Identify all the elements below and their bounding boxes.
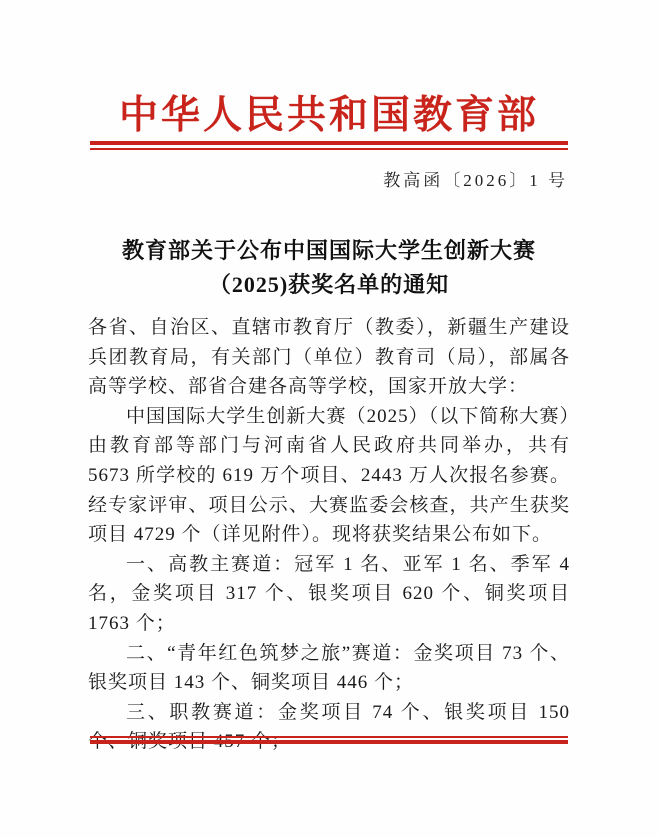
letterhead-double-rule — [90, 141, 568, 150]
rule-thin-bar — [90, 148, 568, 150]
document-title-line1: 教育部关于公布中国国际大学生创新大赛 — [0, 234, 658, 268]
footer-double-rule — [90, 736, 568, 744]
document-title: 教育部关于公布中国国际大学生创新大赛 （2025)获奖名单的通知 — [0, 234, 658, 302]
track1-results-paragraph: 一、高教主赛道：冠军 1 名、亚军 1 名、季军 4 名，金奖项目 317 个、… — [88, 550, 570, 639]
track3-results-paragraph: 三、职教赛道：金奖项目 74 个、银奖项目 150 个、铜奖项目 457 个； — [88, 698, 570, 757]
track2-results-paragraph: 二、“青年红色筑梦之旅”赛道：金奖项目 73 个、银奖项目 143 个、铜奖项目… — [88, 639, 570, 698]
document-reference-number: 教高函〔2026〕1 号 — [90, 166, 568, 191]
overview-paragraph: 中国国际大学生创新大赛（2025）（以下简称大赛）由教育部等部门与河南省人民政府… — [88, 402, 570, 550]
document-title-line2: （2025)获奖名单的通知 — [0, 268, 658, 302]
recipients-paragraph: 各省、自治区、直辖市教育厅（教委），新疆生产建设兵团教育局，有关部门（单位）教育… — [88, 313, 570, 402]
official-document-page: 中华人民共和国教育部 教高函〔2026〕1 号 教育部关于公布中国国际大学生创新… — [0, 0, 658, 838]
ministry-letterhead-title: 中华人民共和国教育部 — [0, 84, 658, 140]
document-body: 各省、自治区、直辖市教育厅（教委），新疆生产建设兵团教育局，有关部门（单位）教育… — [88, 313, 570, 757]
rule-thick-bar — [90, 740, 568, 744]
